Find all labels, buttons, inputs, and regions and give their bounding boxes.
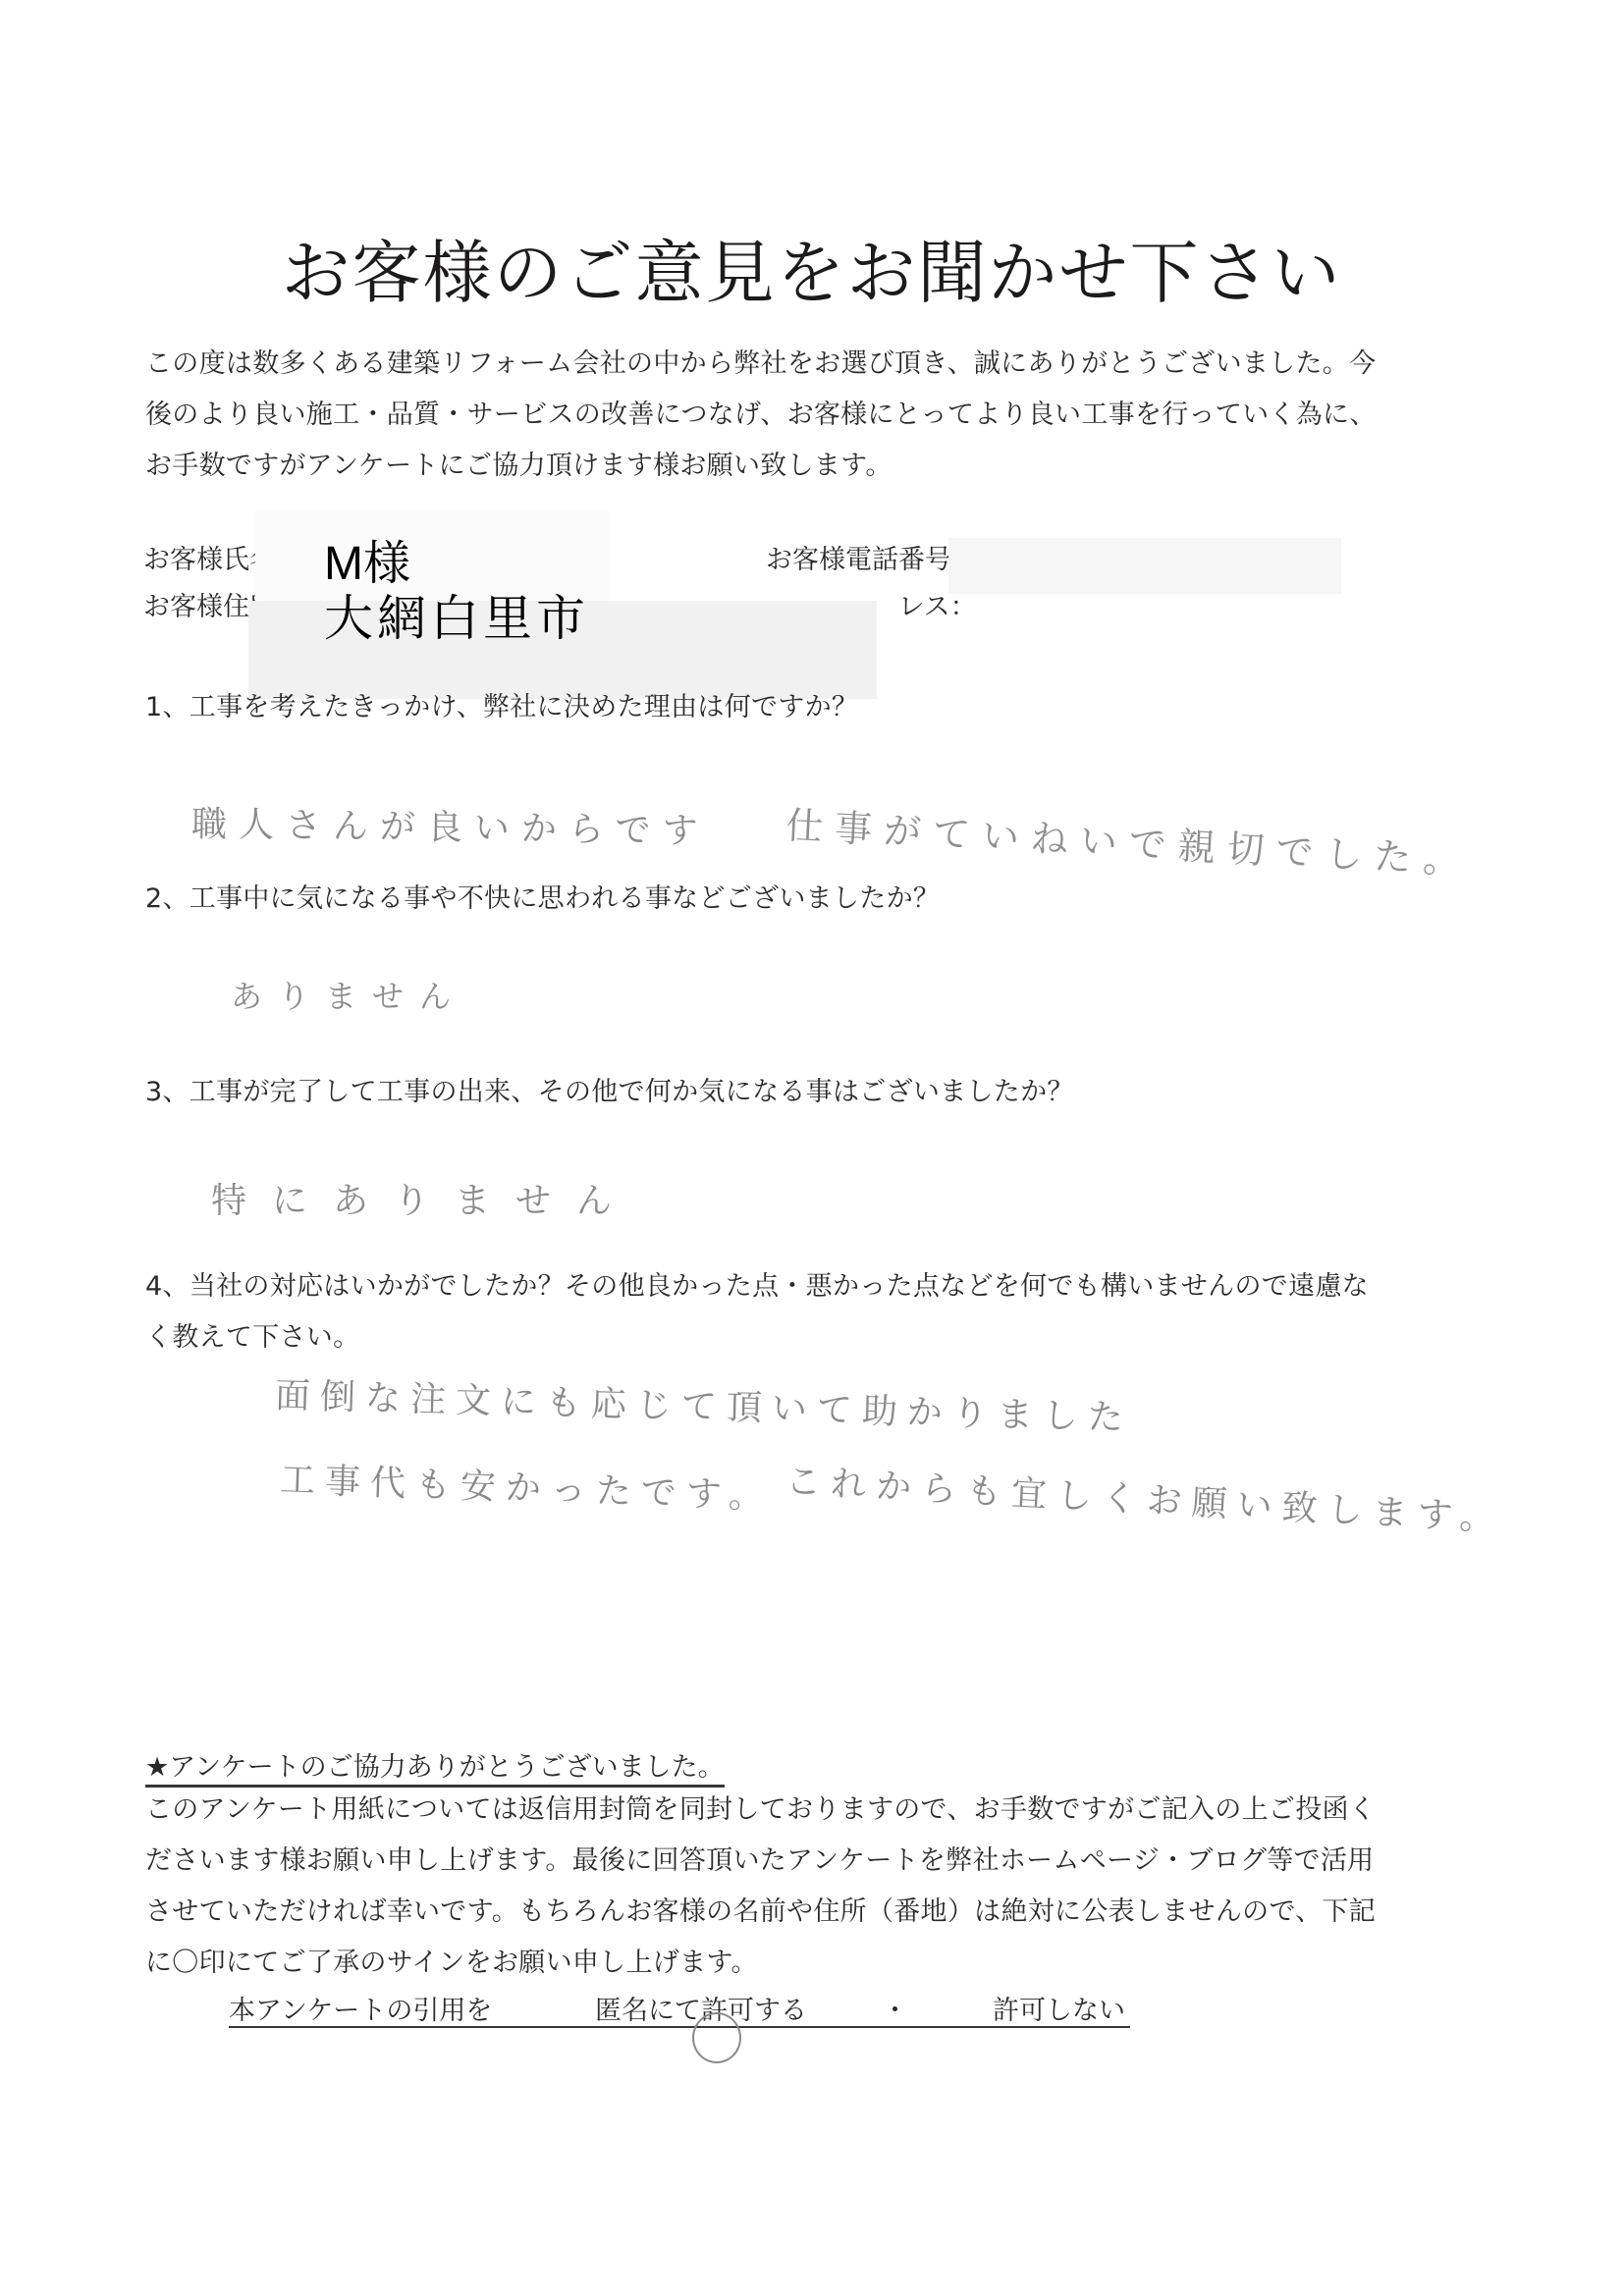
- page-title: お客様のご意見をお聞かせ下さい: [0, 218, 1623, 317]
- customer-address-value: 大網白里市: [324, 579, 589, 650]
- question-4: 4、当社の対応はいかがでしたか？その他良かった点・悪かった点などを何でも構いませ…: [145, 1261, 1500, 1363]
- question-4-line: 4、当社の対応はいかがでしたか？その他良かった点・悪かった点などを何でも構いませ…: [145, 1261, 1500, 1312]
- redaction-box: [948, 538, 1341, 594]
- customer-phone-label: お客様電話番号：: [766, 538, 978, 576]
- thanks-heading: ★アンケートのご協力ありがとうございました。: [145, 1745, 725, 1788]
- closing-paragraph: このアンケート用紙については返信用封筒を同封しておりますので、お手数ですがご記入…: [145, 1785, 1510, 1989]
- consent-separator: ・: [882, 1989, 908, 2027]
- closing-line: させていただければ幸いです。もちろんお客様の名前や住所（番地）は絶対に公表しませ…: [145, 1887, 1510, 1938]
- question-2: 2、工事中に気になる事や不快に思われる事などございましたか？: [145, 877, 940, 915]
- consent-option-deny[interactable]: 許可しない: [993, 1989, 1125, 2027]
- question-1: 1、工事を考えたきっかけ、弊社に決めた理由は何ですか？: [145, 685, 858, 723]
- closing-line: このアンケート用紙については返信用封筒を同封しておりますので、お手数ですがご記入…: [145, 1785, 1510, 1836]
- handwritten-circle-icon: [692, 2012, 741, 2063]
- intro-line: 後のより良い施工・品質・サービスの改善につなげ、お客様にとってより良い工事を行っ…: [145, 390, 1500, 441]
- closing-line: ださいます様お願い申し上げます。最後に回答頂いたアンケートを弊社ホームページ・ブ…: [145, 1836, 1510, 1887]
- question-4-line: く教えて下さい。: [145, 1312, 1500, 1363]
- closing-line: に〇印にてご了承のサインをお願い申し上げます。: [145, 1938, 1510, 1989]
- answer-1-handwritten: 職人さんが良いからです: [191, 796, 710, 853]
- answer-2-handwritten: ありません: [231, 972, 466, 1017]
- answer-4-handwritten: 面倒な注文にも応じて頂いて助かりました: [274, 1368, 1133, 1441]
- consent-line: 本アンケートの引用を 匿名にて許可する ・ 許可しない: [229, 1989, 1130, 2028]
- intro-line: この度は数多くある建築リフォーム会社の中から弊社をお選び頂き、誠にありがとうござ…: [145, 339, 1500, 390]
- answer-3-handwritten: 特にありません: [211, 1173, 637, 1223]
- answer-4-handwritten: これからも宜しくお願い致します。: [784, 1454, 1506, 1541]
- intro-line: お手数ですがアンケートにご協力頂けます様お願い致します。: [145, 441, 1500, 492]
- answer-1-handwritten: 仕事がていねいで親切でした。: [784, 795, 1474, 885]
- intro-paragraph: この度は数多くある建築リフォーム会社の中から弊社をお選び頂き、誠にありがとうござ…: [145, 339, 1500, 492]
- question-3: 3、工事が完了して工事の出来、その他で何か気になる事はございましたか？: [145, 1070, 1074, 1108]
- answer-4-handwritten: 工事代も安かったです。: [279, 1452, 775, 1520]
- consent-lead: 本アンケートの引用を: [229, 1989, 492, 2027]
